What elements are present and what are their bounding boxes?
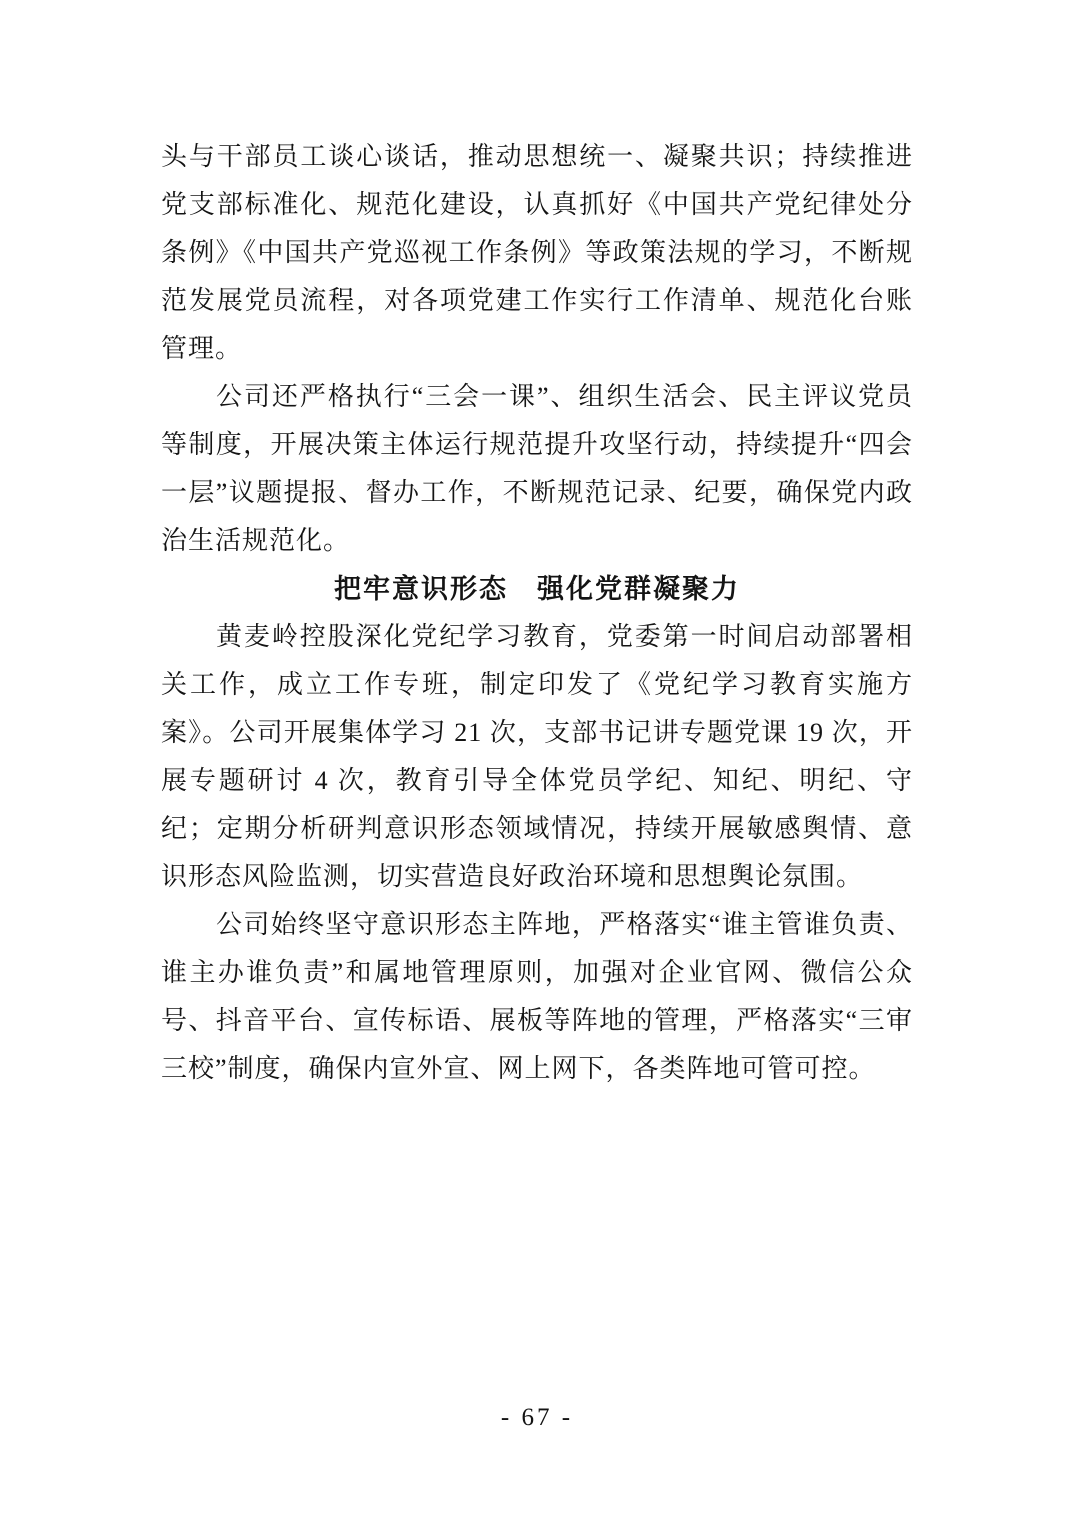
document-page: 头与干部员工谈心谈话，推动思想统一、凝聚共识；持续推进党支部标准化、规范化建设，… xyxy=(0,0,1074,1520)
paragraph-discipline-education: 黄麦岭控股深化党纪学习教育，党委第一时间启动部署相关工作，成立工作专班，制定印发… xyxy=(161,613,913,901)
section-heading: 把牢意识形态 强化党群凝聚力 xyxy=(161,565,913,613)
paragraph-three-meetings: 公司还严格执行“三会一课”、组织生活会、民主评议党员等制度，开展决策主体运行规范… xyxy=(161,373,913,565)
paragraph-ideology-position: 公司始终坚守意识形态主阵地，严格落实“谁主管谁负责、谁主办谁负责”和属地管理原则… xyxy=(161,901,913,1093)
document-body: 头与干部员工谈心谈话，推动思想统一、凝聚共识；持续推进党支部标准化、规范化建设，… xyxy=(161,133,913,1093)
page-number: - 67 - xyxy=(0,1400,1074,1436)
paragraph-continuation: 头与干部员工谈心谈话，推动思想统一、凝聚共识；持续推进党支部标准化、规范化建设，… xyxy=(161,133,913,373)
